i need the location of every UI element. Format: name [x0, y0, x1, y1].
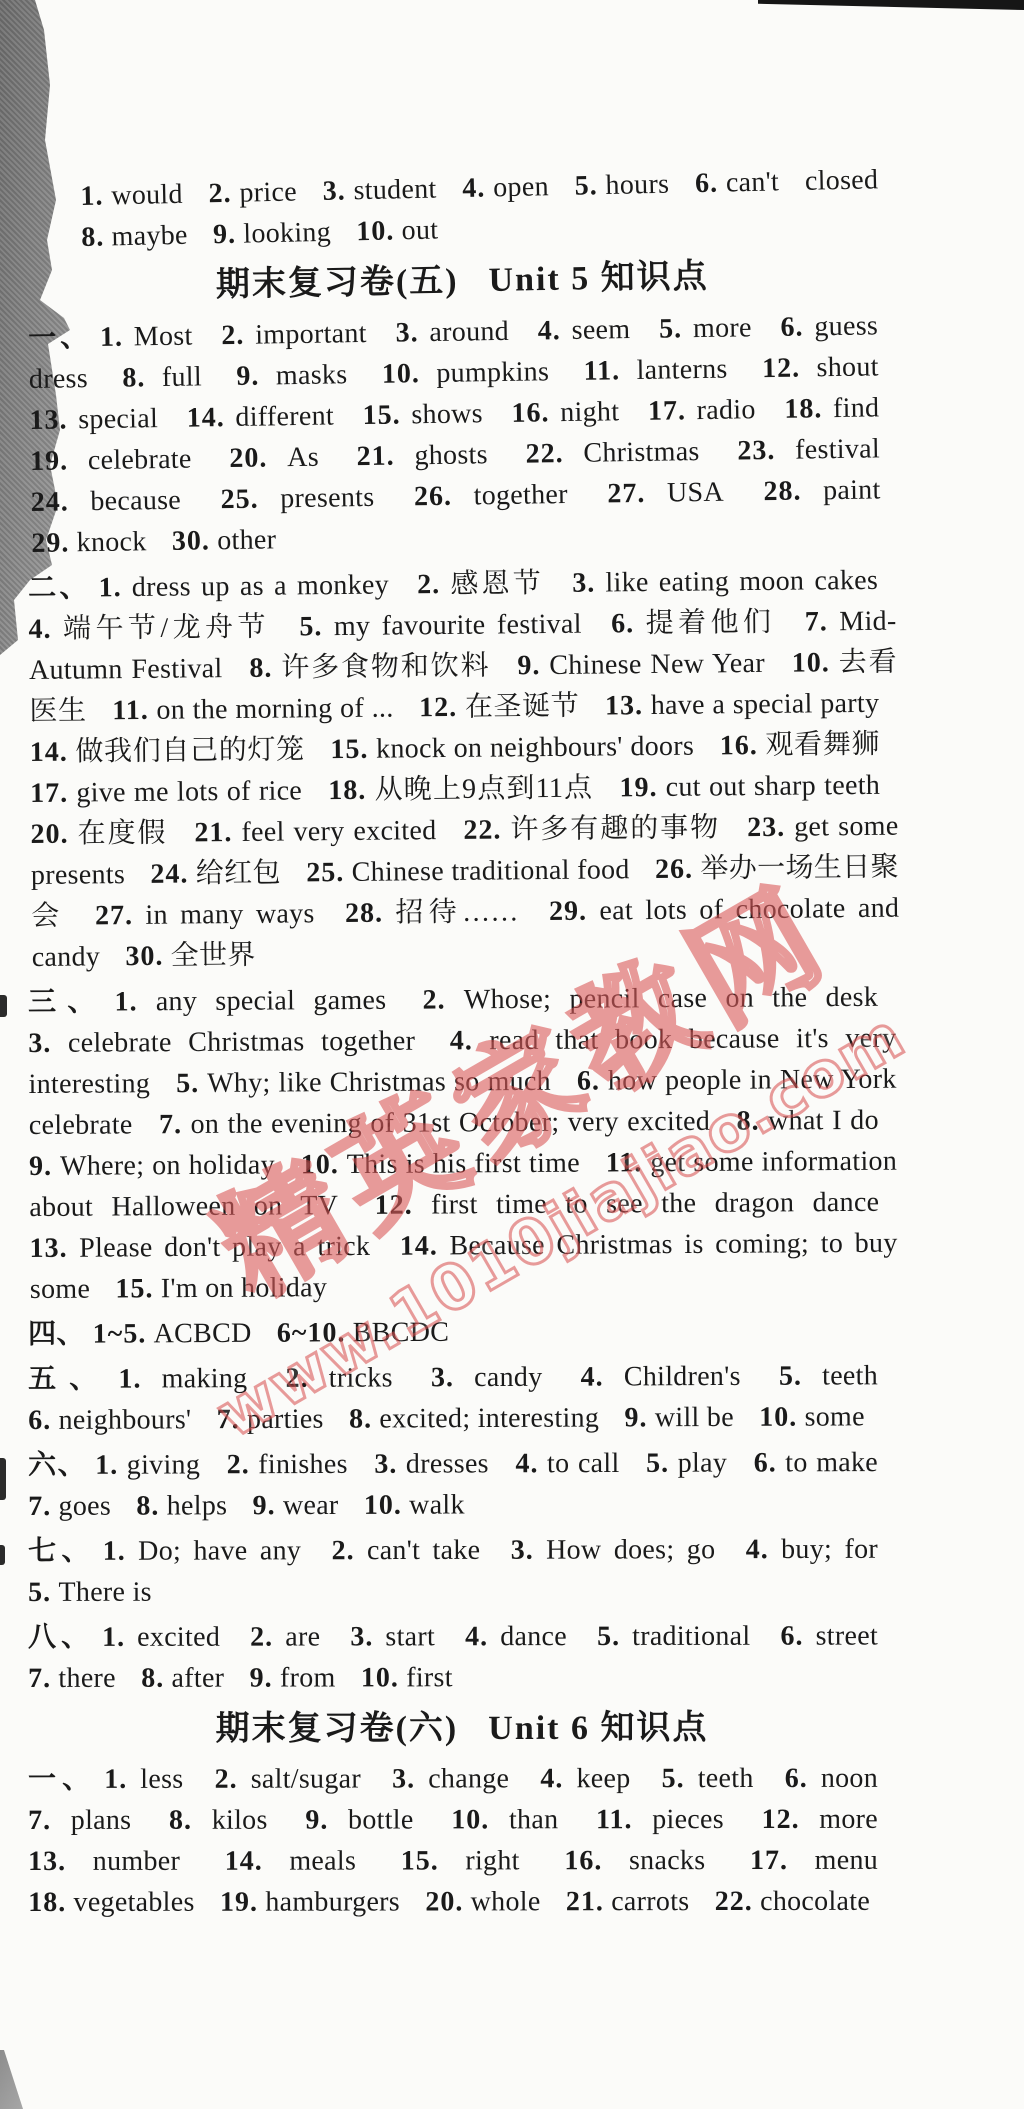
answer-item: 3. around: [395, 316, 527, 349]
answer-item: 8. 许多食物和饮料: [249, 650, 508, 683]
answer-item: 20. whole: [425, 1886, 558, 1917]
answer-number: 1.: [98, 572, 121, 603]
answer-text: 给红包: [196, 858, 281, 890]
answer-item: 1. dress up as a monkey: [98, 569, 407, 603]
answer-text: right: [465, 1845, 519, 1876]
answer-item: 5. Why; like Christmas so much: [176, 1066, 569, 1099]
answer-item: 4. keep: [540, 1763, 648, 1794]
answer-item: 24. because: [31, 484, 200, 517]
section-marker: 一、: [28, 322, 100, 354]
answer-text: have a special party: [651, 688, 880, 721]
answer-item: 13. special: [29, 403, 176, 436]
answer-number: 20.: [30, 819, 68, 850]
answer-text: dance: [500, 1621, 567, 1652]
answer-item: 2. important: [221, 318, 385, 351]
answer-item: 1. any special games: [114, 985, 404, 1018]
answer-number: 29.: [31, 527, 69, 559]
answer-text: from: [280, 1662, 336, 1693]
answer-item: 19. cut out sharp teeth: [619, 770, 898, 804]
answer-number: 13.: [30, 1233, 68, 1264]
scan-speck: [0, 1458, 6, 1500]
answer-item: 12. 在圣诞节: [419, 691, 598, 724]
answer-text: 提着他们: [645, 607, 775, 639]
answer-item: 2. can't take: [332, 1535, 499, 1566]
answer-item: 7. plans: [28, 1805, 149, 1836]
answer-number: 4.: [465, 1621, 488, 1652]
scan-corner-bottom-left: [0, 2050, 26, 2109]
answer-text: any special games: [156, 985, 387, 1017]
answer-text: ACBCD: [154, 1318, 252, 1350]
answer-number: 4.: [540, 1763, 563, 1794]
answer-number: 25.: [306, 857, 344, 888]
answer-item: 20. As: [229, 441, 337, 474]
answer-text: walk: [409, 1489, 465, 1520]
answer-item: 12. shout: [762, 351, 897, 384]
answer-text: can't take: [367, 1535, 480, 1566]
answer-item: 10. out: [356, 214, 457, 247]
answer-item: 10. some: [759, 1401, 883, 1433]
answer-text: will be: [655, 1402, 734, 1433]
answer-text: hours: [605, 169, 669, 201]
answer-text: maybe: [111, 220, 188, 253]
answer-item: 3. celebrate Christmas together: [28, 1026, 433, 1059]
section-marker: 二、: [28, 572, 99, 604]
paper6-unit: Unit 6 知识点: [488, 1710, 708, 1747]
answer-text: 观看舞狮: [765, 729, 880, 761]
answer-item: 10. walk: [364, 1489, 483, 1520]
answer-number: 27.: [607, 478, 645, 510]
answer-item: 8. after: [141, 1663, 242, 1694]
answer-number: 18.: [328, 775, 366, 806]
answer-number: 21.: [356, 441, 394, 473]
answer-item: 3. dresses: [374, 1448, 507, 1479]
answer-number: 4.: [746, 1534, 769, 1565]
answer-list: 1. giving 2. finishes 3. dresses 4. to c…: [28, 1447, 896, 1522]
answer-text: masks: [276, 359, 348, 391]
answer-item: 1. Do; have any: [103, 1535, 319, 1567]
answer-text: change: [428, 1763, 509, 1794]
answer-item: 8. helps: [136, 1490, 245, 1521]
answer-item: 7. parties: [217, 1404, 342, 1436]
answer-number: 4.: [462, 173, 486, 204]
answer-item: 3. change: [392, 1763, 527, 1794]
answer-item: 2. salt/sugar: [215, 1764, 379, 1795]
answer-text: radio: [696, 394, 755, 426]
answer-number: 7.: [159, 1109, 182, 1140]
answer-text: to make: [785, 1447, 878, 1478]
answer-list: 1. Most 2. important 3. around 4. seem 5…: [29, 310, 899, 559]
answer-text: Please don't play a trick: [79, 1231, 370, 1264]
answer-number: 4.: [581, 1361, 604, 1392]
answer-list: 1. excited 2. are 3. start 4. dance 5. t…: [28, 1620, 896, 1694]
answer-item: 27. USA: [607, 476, 742, 509]
answer-item: 3. like eating moon cakes: [572, 565, 896, 599]
answer-item: 17. menu: [750, 1845, 896, 1876]
answer-text: How does; go: [546, 1534, 715, 1565]
answer-number: 5.: [28, 1577, 51, 1608]
answer-item: 17. give me lots of rice: [30, 775, 320, 809]
answer-number: 8.: [136, 1491, 159, 1522]
answer-number: 21.: [566, 1886, 604, 1917]
answer-text: shout: [816, 351, 879, 383]
answer-item: 5. There is: [28, 1577, 170, 1608]
answer-number: 2.: [250, 1622, 273, 1653]
answer-number: 14.: [30, 737, 68, 768]
paper5-section-1-answers: 一、1. Most 2. important 3. around 4. seem…: [28, 305, 900, 564]
answer-item: 4. buy; for: [746, 1534, 896, 1565]
answer-item: 13. Please don't play a trick: [30, 1231, 389, 1264]
section-marker: 七、: [28, 1536, 103, 1567]
paper6-section-1-answers: 一、1. less 2. salt/sugar 3. change 4. kee…: [28, 1758, 896, 1923]
answer-number: 2.: [208, 178, 232, 209]
answer-number: 10.: [451, 1804, 489, 1835]
answer-text: snacks: [629, 1845, 705, 1876]
answer-number: 16.: [511, 397, 549, 429]
answer-text: cut out sharp teeth: [666, 770, 881, 803]
answer-item: 3. candy: [431, 1362, 561, 1394]
answer-text: wear: [283, 1490, 339, 1521]
answer-text: parties: [247, 1404, 324, 1435]
answer-text: what I do: [768, 1105, 879, 1137]
answer-number: 10.: [356, 215, 395, 247]
answer-number: 12.: [375, 1190, 413, 1221]
answer-number: 7.: [28, 1491, 51, 1522]
answer-text: menu: [815, 1845, 878, 1876]
answer-number: 3.: [572, 568, 595, 599]
answer-number: 2.: [286, 1363, 309, 1394]
answer-text: my favourite festival: [334, 609, 582, 642]
answer-text: 从晚上9点到11点: [374, 773, 593, 806]
answer-number: 8.: [141, 1663, 164, 1694]
answer-text: are: [285, 1621, 320, 1652]
section-marker: 八、: [28, 1622, 102, 1653]
answer-text: ghosts: [414, 439, 488, 471]
answer-item: 4. to call: [515, 1448, 637, 1479]
answer-text: 感恩节: [450, 568, 544, 600]
paper5-section-8-answers: 八、1. excited 2. are 3. start 4. dance 5.…: [28, 1615, 896, 1699]
answer-text: full: [162, 361, 203, 393]
answer-text: paint: [823, 474, 881, 506]
answer-number: 11.: [112, 695, 149, 726]
answer-list: 1~5. ACBCD 6~10. BBCDC: [93, 1317, 468, 1350]
answer-item: 16. night: [511, 396, 637, 429]
answer-item: 7. goes: [28, 1491, 129, 1522]
answer-text: I'm on holiday: [161, 1272, 328, 1304]
answer-number: 22.: [715, 1886, 753, 1917]
answer-item: 6. 提着他们: [611, 607, 794, 640]
answer-number: 6.: [695, 168, 719, 199]
answer-number: 2.: [227, 1449, 250, 1480]
answer-item: 10. This is his first time: [301, 1148, 598, 1181]
answer-text: helps: [167, 1490, 228, 1521]
answer-number: 5.: [176, 1068, 199, 1099]
answer-item: 9. from: [250, 1662, 354, 1693]
answer-number: 3.: [511, 1535, 534, 1566]
answer-item: closed: [805, 164, 897, 197]
answer-number: 18.: [784, 393, 822, 425]
answer-item: 23. festival: [737, 433, 898, 466]
answer-item: 18. vegetables: [28, 1887, 213, 1918]
answer-text: chocolate: [760, 1886, 870, 1917]
answer-number: 30.: [125, 941, 163, 972]
answer-number: 3.: [395, 317, 418, 348]
answer-item: 1. excited: [102, 1622, 238, 1653]
answer-text: 全世界: [171, 940, 256, 972]
section-marker: 四、: [28, 1319, 93, 1350]
answer-text: buy; for: [781, 1534, 878, 1565]
answer-text: excited: [137, 1622, 220, 1653]
answer-text: number: [93, 1846, 180, 1877]
answer-text: giving: [127, 1449, 200, 1480]
answer-item: 29. knock: [31, 526, 165, 559]
answer-text: seem: [571, 314, 630, 346]
answer-item: 11. lanterns: [583, 353, 745, 386]
paper5-section-7-answers: 七、1. Do; have any 2. can't take 3. How d…: [28, 1529, 896, 1613]
answer-number: 8.: [349, 1403, 372, 1434]
answer-number: 7.: [28, 1663, 51, 1694]
answer-number: 3.: [431, 1362, 454, 1393]
answer-number: 8.: [169, 1805, 192, 1836]
scan-bar-top-right: [758, 0, 1024, 10]
answer-item: 18. 从晚上9点到11点: [328, 772, 611, 806]
answer-number: 3.: [392, 1763, 415, 1794]
answer-number: 1.: [102, 1622, 125, 1653]
answer-item: 14. meals: [225, 1846, 374, 1877]
answer-number: 2.: [332, 1535, 355, 1566]
answer-text: candy: [474, 1362, 542, 1393]
answer-number: 11.: [606, 1147, 643, 1178]
answer-item: 6. street: [781, 1620, 897, 1651]
answer-text: bottle: [348, 1804, 414, 1835]
answer-item: 22. chocolate: [715, 1886, 888, 1917]
answer-text: looking: [243, 217, 331, 250]
answer-number: 2.: [417, 569, 440, 600]
answer-item: 26. together: [414, 479, 586, 513]
answer-text: than: [509, 1804, 558, 1835]
answer-text: night: [560, 396, 620, 428]
answer-text: play: [678, 1448, 728, 1479]
answer-text: Where; on holiday: [60, 1149, 275, 1181]
answer-text: vegetables: [73, 1887, 194, 1918]
answer-number: 7.: [28, 1805, 51, 1836]
answer-text: student: [353, 174, 437, 207]
answer-text: some: [804, 1401, 864, 1432]
answer-item: 1. making: [118, 1363, 265, 1395]
answer-number: 7.: [217, 1404, 240, 1435]
answer-item: 1~5. ACBCD: [93, 1318, 270, 1350]
answer-item: 9. bottle: [305, 1804, 431, 1835]
answer-text: dress up as a monkey: [132, 570, 389, 603]
answer-number: 4.: [28, 614, 51, 645]
answer-text: shows: [411, 398, 483, 430]
answer-number: 7.: [805, 606, 828, 637]
answer-text: plans: [71, 1805, 132, 1836]
answer-text: important: [255, 318, 367, 351]
answer-text: more: [693, 312, 752, 344]
answer-number: 2.: [221, 320, 244, 351]
answer-item: 15. shows: [362, 398, 501, 431]
answer-item: 21. ghosts: [356, 439, 506, 472]
answer-list: 1. less 2. salt/sugar 3. change 4. keep …: [28, 1763, 896, 1918]
answer-number: 14.: [225, 1846, 263, 1877]
answer-text: festival: [795, 433, 880, 465]
answer-item: 28. paint: [763, 474, 899, 507]
answer-item: dress: [29, 363, 106, 395]
answer-item: 19. hamburgers: [220, 1886, 418, 1917]
answer-text: presents: [280, 482, 375, 514]
answer-text: This is his first time: [347, 1148, 580, 1180]
answer-text: first time to see the dragon dance: [431, 1187, 880, 1221]
answer-number: 6.: [611, 608, 634, 639]
answer-number: 23.: [737, 435, 775, 467]
answer-text: dress: [29, 363, 89, 395]
answer-number: 9.: [213, 219, 237, 250]
answer-item: 22. Christmas: [525, 436, 717, 470]
answer-item: 5. more: [659, 312, 770, 345]
answer-text: first: [406, 1662, 453, 1693]
answer-number: 1.: [80, 181, 104, 212]
answer-text: neighbours': [59, 1404, 192, 1436]
answer-item: 9. will be: [624, 1402, 752, 1434]
answer-item: 2. finishes: [227, 1449, 366, 1480]
answer-text: knock: [76, 526, 146, 558]
answer-number: 17.: [648, 395, 686, 427]
answer-text: after: [171, 1663, 224, 1694]
answer-number: 11.: [596, 1804, 633, 1835]
answer-number: 1.: [104, 1764, 127, 1795]
answer-number: 22.: [463, 814, 501, 845]
answer-number: 29.: [549, 896, 587, 927]
answer-number: 19.: [220, 1887, 258, 1918]
answer-item: 10. than: [451, 1804, 576, 1835]
answer-item: 15. knock on neighbours' doors: [330, 730, 712, 765]
answer-text: dresses: [406, 1448, 489, 1479]
answer-item: 6. guess: [780, 310, 896, 343]
answer-item: 9. Chinese New Year: [517, 648, 783, 682]
answer-text: start: [385, 1621, 435, 1652]
answer-text: guess: [814, 310, 878, 342]
answer-number: 12.: [762, 353, 800, 385]
answer-item: 6~10. BBCDC: [277, 1317, 467, 1349]
answer-text: teeth: [698, 1763, 754, 1794]
answer-item: 30. other: [172, 524, 295, 557]
answer-number: 12.: [419, 692, 457, 723]
answer-item: 8. kilos: [169, 1805, 286, 1836]
answer-text: Chinese New Year: [549, 648, 765, 681]
answer-number: 5.: [597, 1621, 620, 1652]
answer-number: 6.: [577, 1066, 600, 1097]
section-marker: 五、: [28, 1364, 118, 1395]
answer-number: 2.: [215, 1764, 238, 1795]
answer-number: 17.: [750, 1845, 788, 1876]
answer-number: 8.: [249, 653, 272, 684]
answer-number: 30.: [172, 525, 210, 557]
answer-number: 5.: [646, 1448, 669, 1479]
answer-item: 30. 全世界: [125, 940, 274, 972]
answer-number: 3.: [374, 1449, 397, 1480]
answer-item: 14. 做我们自己的灯笼: [30, 734, 323, 768]
answer-item: 9. looking: [213, 216, 350, 250]
answer-number: 24.: [150, 858, 188, 889]
answer-number: 1.: [118, 1364, 141, 1395]
answer-number: 11.: [583, 355, 620, 387]
answer-text: meals: [289, 1846, 356, 1877]
answer-number: 28.: [763, 476, 801, 508]
answer-number: 15.: [401, 1845, 439, 1876]
answer-number: 1.: [114, 986, 137, 1017]
answer-number: 17.: [30, 778, 68, 809]
answer-number: 9.: [517, 650, 540, 681]
answer-item: 8. what I do: [737, 1105, 897, 1137]
answer-item: 22. 许多有趣的事物: [463, 812, 738, 846]
answer-text: to call: [547, 1448, 620, 1479]
answer-item: 8. maybe: [81, 219, 206, 253]
answer-number: 10.: [361, 1662, 399, 1693]
scan-speck: [0, 995, 7, 1017]
answer-number: 4.: [515, 1448, 538, 1479]
answer-number: 15.: [115, 1273, 153, 1304]
answer-text: keep: [576, 1763, 630, 1794]
answer-number: 10.: [382, 358, 420, 390]
answer-item: 12. more: [762, 1804, 896, 1835]
answer-item: 16. 观看舞狮: [720, 729, 898, 762]
answer-item: 3. student: [322, 173, 454, 207]
answer-item: 7. on the evening of 31st October; very …: [159, 1106, 728, 1140]
answer-number: 20.: [425, 1886, 463, 1917]
answer-text: Do; have any: [138, 1535, 301, 1566]
answer-text: carrots: [611, 1886, 689, 1917]
answer-text: closed: [805, 164, 879, 197]
answer-item: 5. traditional: [597, 1621, 768, 1652]
answer-number: 3.: [350, 1621, 373, 1652]
answer-text: around: [429, 316, 509, 348]
answer-number: 15.: [362, 399, 400, 431]
answer-item: 17. radio: [648, 394, 774, 427]
paper5-section-2-answers: 二、1. dress up as a monkey 2. 感恩节 3. like…: [28, 560, 900, 978]
answer-number: 4.: [450, 1025, 473, 1056]
answer-text: together: [473, 479, 568, 511]
answer-number: 1~5.: [93, 1318, 147, 1349]
answer-number: 25.: [220, 484, 258, 516]
answer-text: open: [493, 171, 549, 203]
answer-number: 9.: [236, 361, 259, 392]
answer-number: 5.: [659, 313, 682, 344]
answer-number: 5.: [662, 1763, 685, 1794]
answer-item: 1. less: [104, 1764, 201, 1795]
answer-text: noon: [821, 1763, 878, 1794]
answer-text: traditional: [632, 1621, 750, 1652]
answer-text: Whose; pencil case on the desk: [464, 982, 878, 1016]
answer-item: 5. teeth: [779, 1360, 896, 1392]
answer-number: 14.: [400, 1231, 438, 1262]
answer-item: 16. snacks: [564, 1845, 723, 1876]
answer-text: other: [217, 524, 276, 556]
answer-item: 4. seem: [538, 314, 649, 347]
answer-item: 15. right: [401, 1845, 538, 1876]
answer-number: 10.: [364, 1490, 402, 1521]
scanned-page: 1. would 2. price 3. student 4. open 5. …: [0, 0, 1024, 2109]
answer-item: 1. giving: [95, 1449, 218, 1480]
answer-text: feel very excited: [241, 815, 436, 848]
answer-item: 4. open: [462, 171, 567, 204]
answer-number: 22.: [525, 438, 563, 470]
answer-item: 21. feel very excited: [194, 815, 454, 848]
answer-text: 在度假: [77, 818, 167, 850]
answer-number: 19.: [30, 445, 68, 477]
answer-item: 20. 在度假: [30, 818, 185, 850]
section-marker: 三、: [28, 986, 115, 1018]
answer-item: 6. neighbours': [28, 1404, 209, 1436]
